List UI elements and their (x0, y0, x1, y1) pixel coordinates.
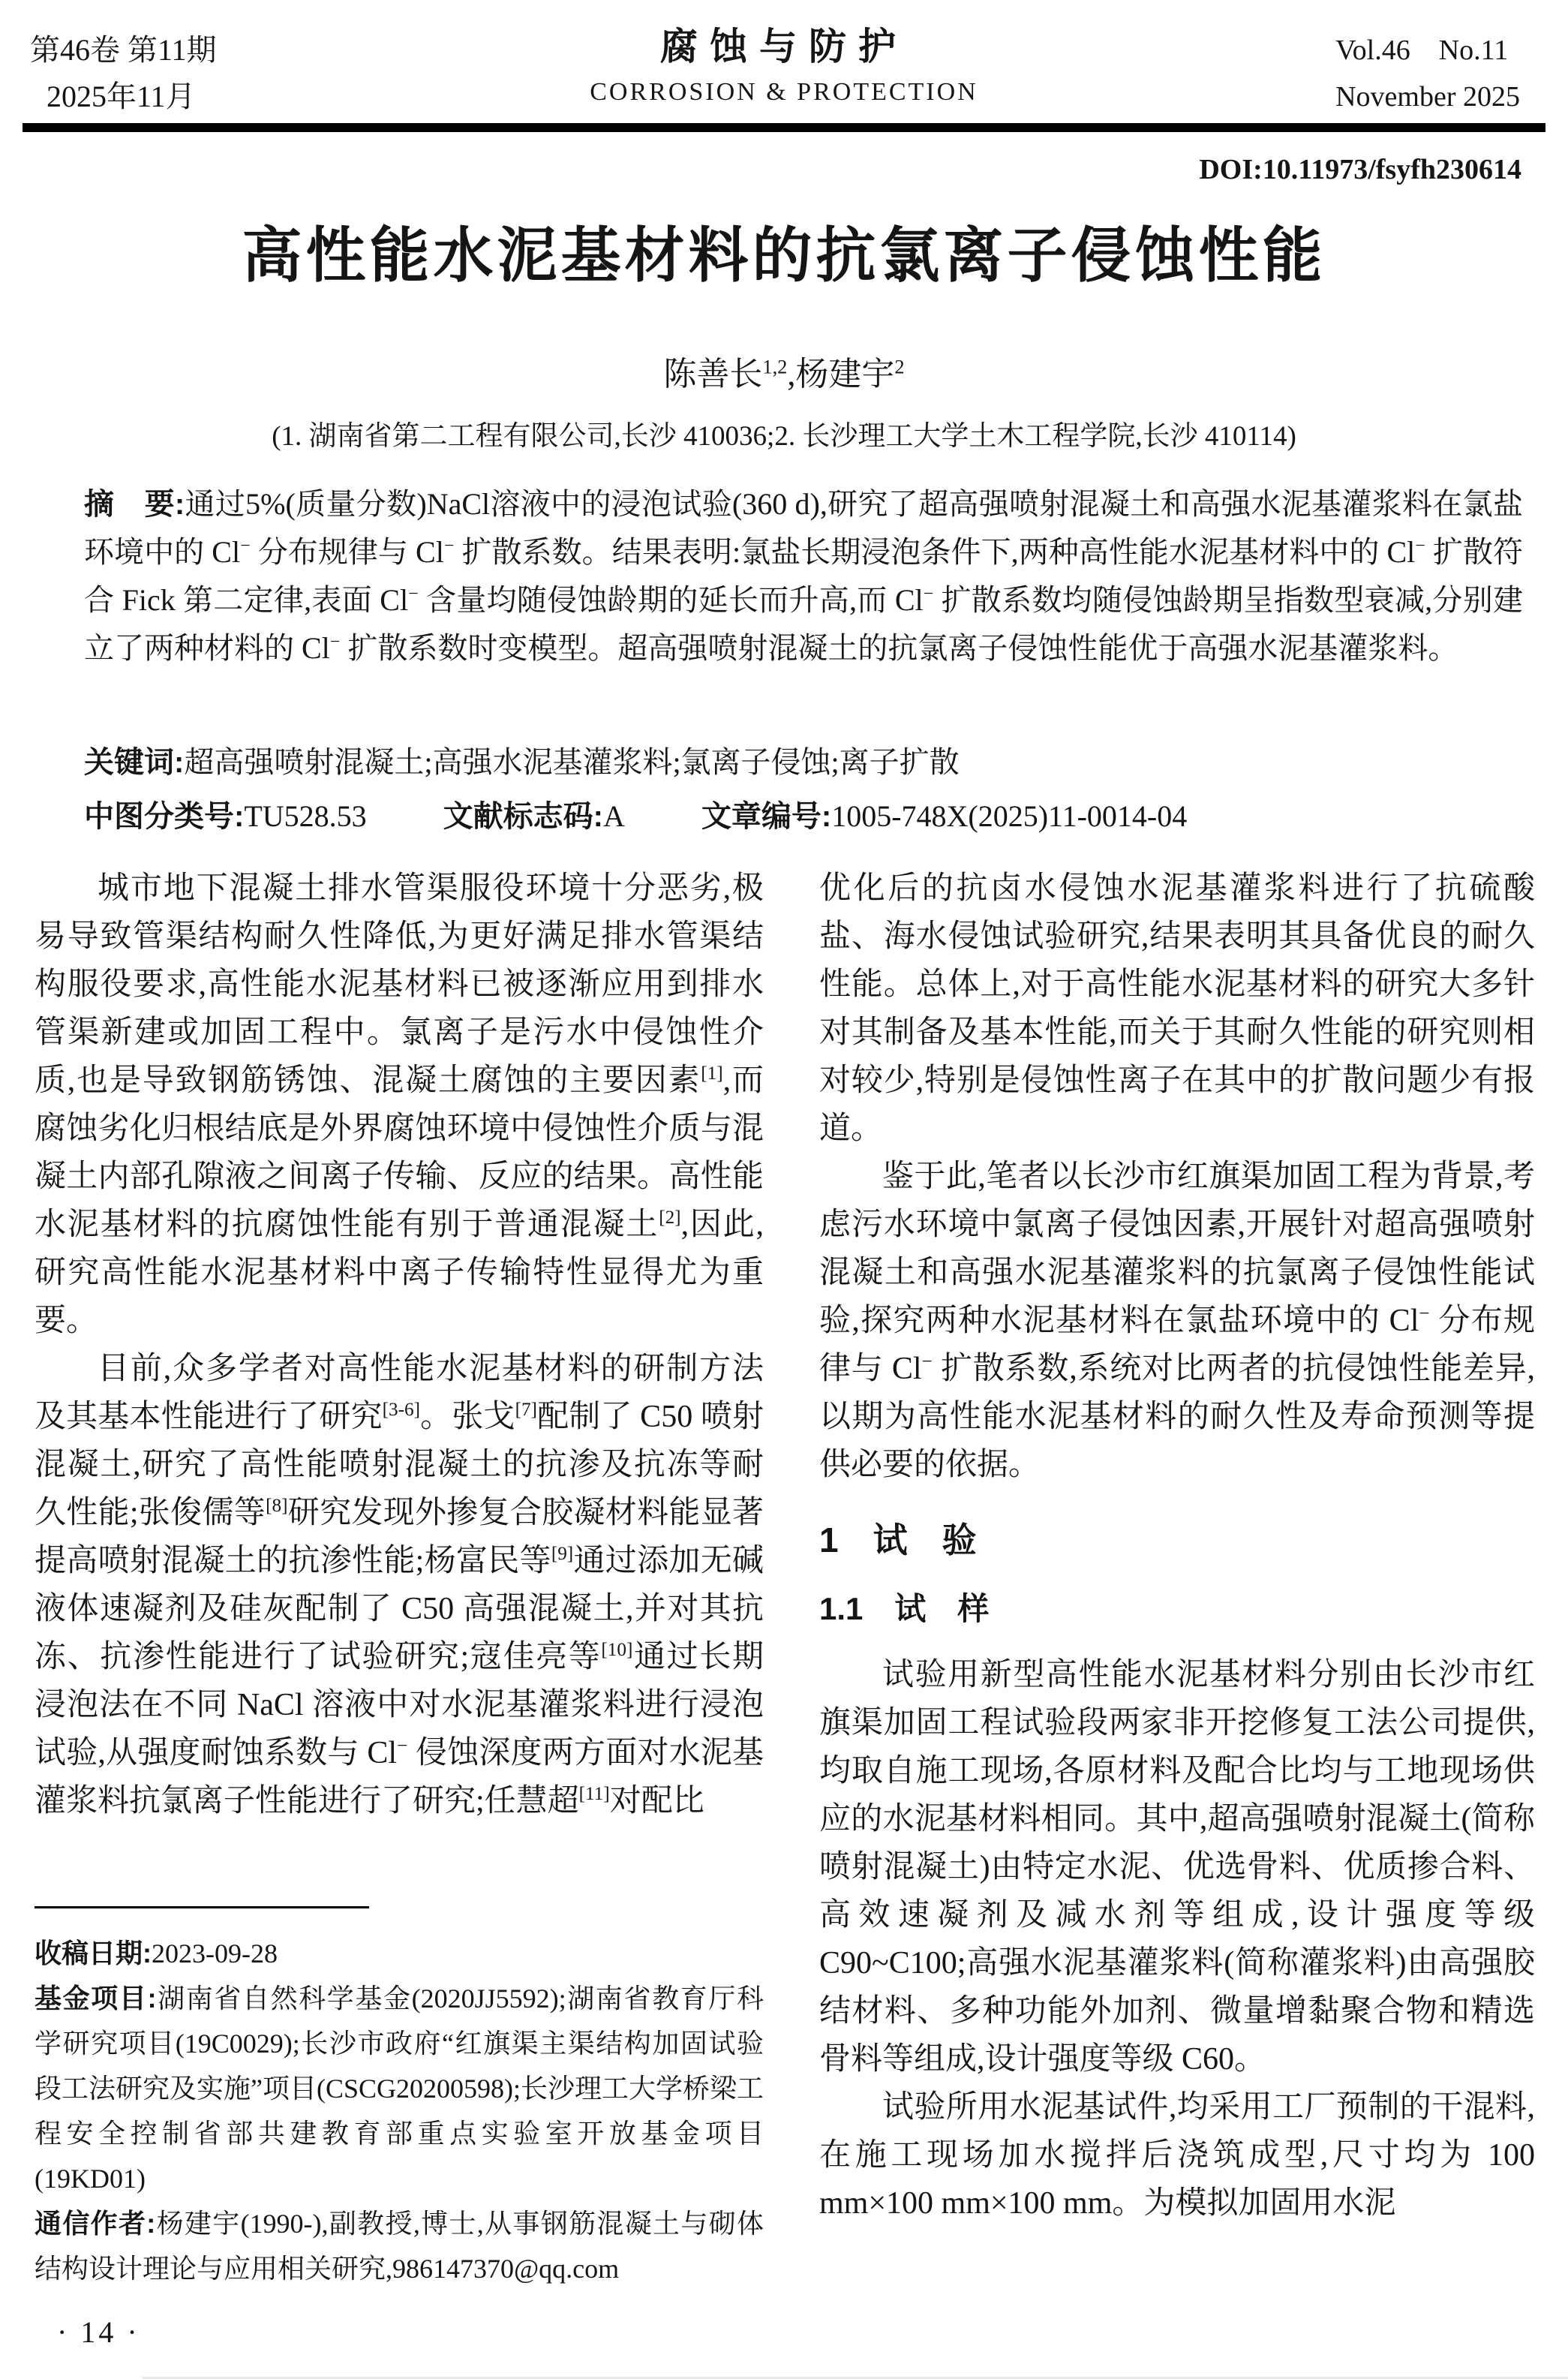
right-column: 优化后的抗卤水侵蚀水泥基灌浆料进行了抗硫酸盐、海水侵蚀试验研究,结果表明其具备优… (819, 865, 1535, 2227)
page-number: · 14 · (57, 2314, 140, 2350)
abstract-label: 摘 要: (84, 488, 185, 521)
keywords-text: 超高强喷射混凝土;高强水泥基灌浆料;氯离子侵蚀;离子扩散 (184, 745, 959, 779)
section-1-heading: 1 试 验 (819, 1516, 1535, 1564)
section-1-1-heading: 1.1 试 样 (819, 1585, 1535, 1633)
body-paragraph: 试验用新型高性能水泥基材料分别由长沙市红旗渠加固工程试验段两家非开挖修复工法公司… (819, 1651, 1535, 2083)
volume-issue-en: Vol.46 No.11 (1335, 27, 1520, 74)
fund-line: 基金项目:湖南省自然科学基金(2020JJ5592);湖南省教育厅科学研究项目(… (35, 1976, 764, 2201)
clc-value: TU528.53 (244, 799, 366, 833)
body-paragraph: 目前,众多学者对高性能水泥基材料的研制方法及其基本性能进行了研究[3-6]。张戈… (35, 1345, 764, 1825)
abstract-text: 通过5%(质量分数)NaCl溶液中的浸泡试验(360 d),研究了超高强喷射混凝… (84, 487, 1523, 665)
body-paragraph: 优化后的抗卤水侵蚀水泥基灌浆料进行了抗硫酸盐、海水侵蚀试验研究,结果表明其具备优… (819, 865, 1535, 1153)
corresponding-author-label: 通信作者: (35, 2208, 155, 2239)
header-right: Vol.46 No.11 November 2025 (1335, 27, 1520, 120)
left-column: 城市地下混凝土排水管渠服役环境十分恶劣,极易导致管渠结构耐久性降低,为更好满足排… (35, 865, 764, 1825)
article-no-pair: 文章编号:1005-748X(2025)11-0014-04 (701, 792, 1187, 841)
body-paragraph: 试验所用水泥基试件,均采用工厂预制的干混料,在施工现场加水搅拌后浇筑成型,尺寸均… (819, 2083, 1535, 2227)
clc-pair: 中图分类号:TU528.53 (84, 792, 367, 841)
journal-title-cn: 腐蚀与防护 (0, 23, 1568, 71)
abstract-block: 摘 要:通过5%(质量分数)NaCl溶液中的浸泡试验(360 d),研究了超高强… (84, 480, 1523, 672)
classification-row: 中图分类号:TU528.53 文献标志码:A 文章编号:1005-748X(20… (84, 792, 1523, 841)
received-date-value: 2023-09-28 (152, 1938, 278, 1968)
keywords-label: 关键词: (84, 746, 184, 779)
article-title: 高性能水泥基材料的抗氯离子侵蚀性能 (0, 207, 1568, 293)
corresponding-author-line: 通信作者:杨建宇(1990-),副教授,博士,从事钢筋混凝土与砌体结构设计理论与… (35, 2201, 764, 2291)
fund-label: 基金项目: (35, 1983, 156, 2014)
journal-page: { "header": { "vol_issue_cn": "第46卷 第11期… (0, 0, 1568, 2379)
received-date-label: 收稿日期: (35, 1938, 152, 1968)
received-date-line: 收稿日期:2023-09-28 (35, 1931, 764, 1976)
fund-value: 湖南省自然科学基金(2020JJ5592);湖南省教育厅科学研究项目(19C00… (35, 1984, 764, 2194)
date-en: November 2025 (1335, 74, 1520, 120)
journal-title-en: CORROSION & PROTECTION (0, 71, 1568, 114)
header-center: 腐蚀与防护 CORROSION & PROTECTION (0, 23, 1568, 114)
footnote-block: 收稿日期:2023-09-28 基金项目:湖南省自然科学基金(2020JJ559… (35, 1906, 764, 2291)
article-no-label: 文章编号: (701, 800, 831, 833)
article-no-value: 1005-748X(2025)11-0014-04 (831, 799, 1187, 833)
doc-code-label: 文献标志码: (443, 800, 603, 833)
body-paragraph: 城市地下混凝土排水管渠服役环境十分恶劣,极易导致管渠结构耐久性降低,为更好满足排… (35, 865, 764, 1345)
doc-code-pair: 文献标志码:A (443, 792, 625, 841)
body-paragraph: 鉴于此,笔者以长沙市红旗渠加固工程为背景,考虑污水环境中氯离子侵蚀因素,开展针对… (819, 1153, 1535, 1489)
authors-line: 陈善长1,2,杨建宇2 (0, 347, 1568, 395)
keywords-block: 关键词:超高强喷射混凝土;高强水泥基灌浆料;氯离子侵蚀;离子扩散 (84, 738, 1523, 786)
footnote-rule (35, 1906, 369, 1908)
affiliation-line: (1. 湖南省第二工程有限公司,长沙 410036;2. 长沙理工大学土木工程学… (0, 413, 1568, 453)
doi-text: DOI:10.11973/fsyfh230614 (1199, 153, 1521, 186)
header-rule (23, 123, 1545, 132)
clc-label: 中图分类号: (84, 800, 244, 833)
doc-code-value: A (603, 799, 625, 833)
